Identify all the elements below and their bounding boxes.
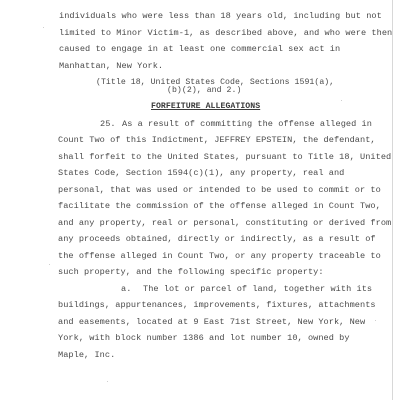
item-label: a.	[121, 284, 131, 294]
paragraph-line-1: As a result of committing the offense al…	[122, 119, 372, 129]
citation-line-2: (b)(2), and 2.)	[167, 86, 241, 96]
paragraph-line-4: States Code, Section 1594(c)(1), any pro…	[58, 168, 344, 178]
right-margin-rule	[392, 0, 393, 400]
intro-line-1: individuals who were less than 18 years …	[59, 11, 382, 21]
scan-speck	[43, 27, 44, 28]
item-line-1: The lot or parcel of land, together with…	[143, 284, 372, 294]
item-line-2: buildings, appurtenances, improvements, …	[58, 300, 376, 310]
item-line-5: Maple, Inc.	[58, 350, 115, 360]
document-page: individuals who were less than 18 years …	[0, 0, 400, 400]
intro-line-2: limited to Minor Victim-1, as described …	[59, 28, 392, 38]
item-line-3: and easements, located at 9 East 71st St…	[58, 317, 365, 327]
section-heading: FORFEITURE ALLEGATIONS	[151, 102, 260, 112]
scan-speck	[49, 264, 50, 265]
paragraph-line-3: shall forfeit to the United States, purs…	[58, 152, 391, 162]
paragraph-line-2: Count Two of this Indictment, JEFFREY EP…	[58, 135, 376, 145]
paragraph-line-6: facilitate the commission of the offense…	[58, 201, 381, 211]
paragraph-line-8: any proceeds obtained, directly or indir…	[58, 234, 376, 244]
scan-speck	[341, 100, 342, 101]
scan-speck	[375, 320, 376, 321]
scan-speck	[107, 381, 108, 382]
paragraph-line-7: and any property, real or personal, cons…	[58, 218, 391, 228]
paragraph-line-5: personal, that was used or intended to b…	[58, 185, 381, 195]
paragraph-line-10: such property, and the following specifi…	[58, 267, 324, 277]
paragraph-number: 25.	[100, 119, 116, 129]
intro-line-4: Manhattan, New York.	[59, 61, 163, 71]
paragraph-line-9: the offense alleged in Count Two, or any…	[58, 251, 381, 261]
intro-line-3: caused to engage in at least one commerc…	[59, 44, 340, 54]
item-line-4: York, with block number 1386 and lot num…	[58, 333, 350, 343]
